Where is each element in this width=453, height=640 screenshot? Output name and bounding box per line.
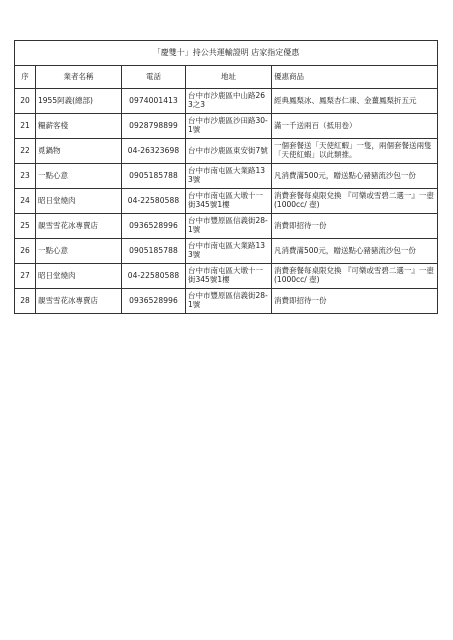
row-address: 台中市沙鹿區東安街7號	[186, 139, 272, 164]
discount-table: 「慶雙十」持公共運輸證明 店家指定優惠 序 業者名稱 電話 地址 優惠商品 20…	[14, 40, 438, 314]
row-address: 台中市沙鹿區沙田路30-1號	[186, 114, 272, 139]
header-offer: 優惠商品	[272, 66, 438, 89]
row-address: 台中市豐原區信義街28-1號	[186, 289, 272, 314]
table-row: 20 1955阿義(總部) 0974001413 台中市沙鹿區中山路263之3 …	[15, 89, 438, 114]
header-phone: 電話	[122, 66, 186, 89]
row-name: 靚雪雪花冰專賣店	[36, 289, 122, 314]
row-name: 糧薪客棧	[36, 114, 122, 139]
row-offer: 消費套餐每桌限兌換 『可樂或雪碧二選一』一壺(1000cc/ 壺)	[272, 189, 438, 214]
row-seq: 27	[15, 264, 36, 289]
title-row: 「慶雙十」持公共運輸證明 店家指定優惠	[15, 41, 438, 66]
row-seq: 24	[15, 189, 36, 214]
table-row: 26 一點心意 0905185788 台中市南屯區大業路133號 凡消費滿500…	[15, 239, 438, 264]
header-seq: 序	[15, 66, 36, 89]
row-name: 昭日堂燒肉	[36, 264, 122, 289]
row-name: 靚雪雪花冰專賣店	[36, 214, 122, 239]
header-address: 地址	[186, 66, 272, 89]
table-row: 24 昭日堂燒肉 04-22580588 台中市南屯區大墩十一街345號1樓 消…	[15, 189, 438, 214]
table-row: 21 糧薪客棧 0928798899 台中市沙鹿區沙田路30-1號 滿一千送兩百…	[15, 114, 438, 139]
row-offer: 凡消費滿500元，贈送點心豬豬流沙包一份	[272, 239, 438, 264]
row-seq: 26	[15, 239, 36, 264]
row-seq: 21	[15, 114, 36, 139]
row-offer: 經典鳳梨冰、鳳梨杏仁凍、金薑鳳梨折五元	[272, 89, 438, 114]
row-seq: 28	[15, 289, 36, 314]
table-row: 27 昭日堂燒肉 04-22580588 台中市南屯區大墩十一街345號1樓 消…	[15, 264, 438, 289]
row-phone: 04-22580588	[122, 189, 186, 214]
table-row: 23 一點心意 0905185788 台中市南屯區大業路133號 凡消費滿500…	[15, 164, 438, 189]
row-offer: 消費即招待一份	[272, 214, 438, 239]
row-phone: 0936528996	[122, 289, 186, 314]
row-offer: 凡消費滿500元，贈送點心豬豬流沙包一份	[272, 164, 438, 189]
row-phone: 0928798899	[122, 114, 186, 139]
row-seq: 25	[15, 214, 36, 239]
row-name: 覓鍋物	[36, 139, 122, 164]
row-offer: 消費套餐每桌限兌換 『可樂或雪碧二選一』一壺(1000cc/ 壺)	[272, 264, 438, 289]
row-phone: 0905185788	[122, 164, 186, 189]
row-address: 台中市沙鹿區中山路263之3	[186, 89, 272, 114]
row-phone: 04-22580588	[122, 264, 186, 289]
row-name: 一點心意	[36, 239, 122, 264]
header-name: 業者名稱	[36, 66, 122, 89]
table-row: 22 覓鍋物 04-26323698 台中市沙鹿區東安街7號 一個套餐送「天使紅…	[15, 139, 438, 164]
row-offer: 滿一千送兩百（抵用卷）	[272, 114, 438, 139]
row-address: 台中市豐原區信義街28-1號	[186, 214, 272, 239]
row-seq: 23	[15, 164, 36, 189]
row-offer: 消費即招待一份	[272, 289, 438, 314]
row-seq: 20	[15, 89, 36, 114]
row-name: 一點心意	[36, 164, 122, 189]
table-row: 28 靚雪雪花冰專賣店 0936528996 台中市豐原區信義街28-1號 消費…	[15, 289, 438, 314]
table-row: 25 靚雪雪花冰專賣店 0936528996 台中市豐原區信義街28-1號 消費…	[15, 214, 438, 239]
row-seq: 22	[15, 139, 36, 164]
row-address: 台中市南屯區大墩十一街345號1樓	[186, 264, 272, 289]
row-phone: 0936528996	[122, 214, 186, 239]
row-phone: 04-26323698	[122, 139, 186, 164]
header-row: 序 業者名稱 電話 地址 優惠商品	[15, 66, 438, 89]
row-name: 昭日堂燒肉	[36, 189, 122, 214]
row-phone: 0905185788	[122, 239, 186, 264]
table-title: 「慶雙十」持公共運輸證明 店家指定優惠	[15, 41, 438, 66]
row-phone: 0974001413	[122, 89, 186, 114]
row-offer: 一個套餐送「天使紅蝦」一隻，兩個套餐送兩隻「天使紅蝦」以此類推。	[272, 139, 438, 164]
row-address: 台中市南屯區大業路133號	[186, 164, 272, 189]
row-name: 1955阿義(總部)	[36, 89, 122, 114]
row-address: 台中市南屯區大業路133號	[186, 239, 272, 264]
row-address: 台中市南屯區大墩十一街345號1樓	[186, 189, 272, 214]
